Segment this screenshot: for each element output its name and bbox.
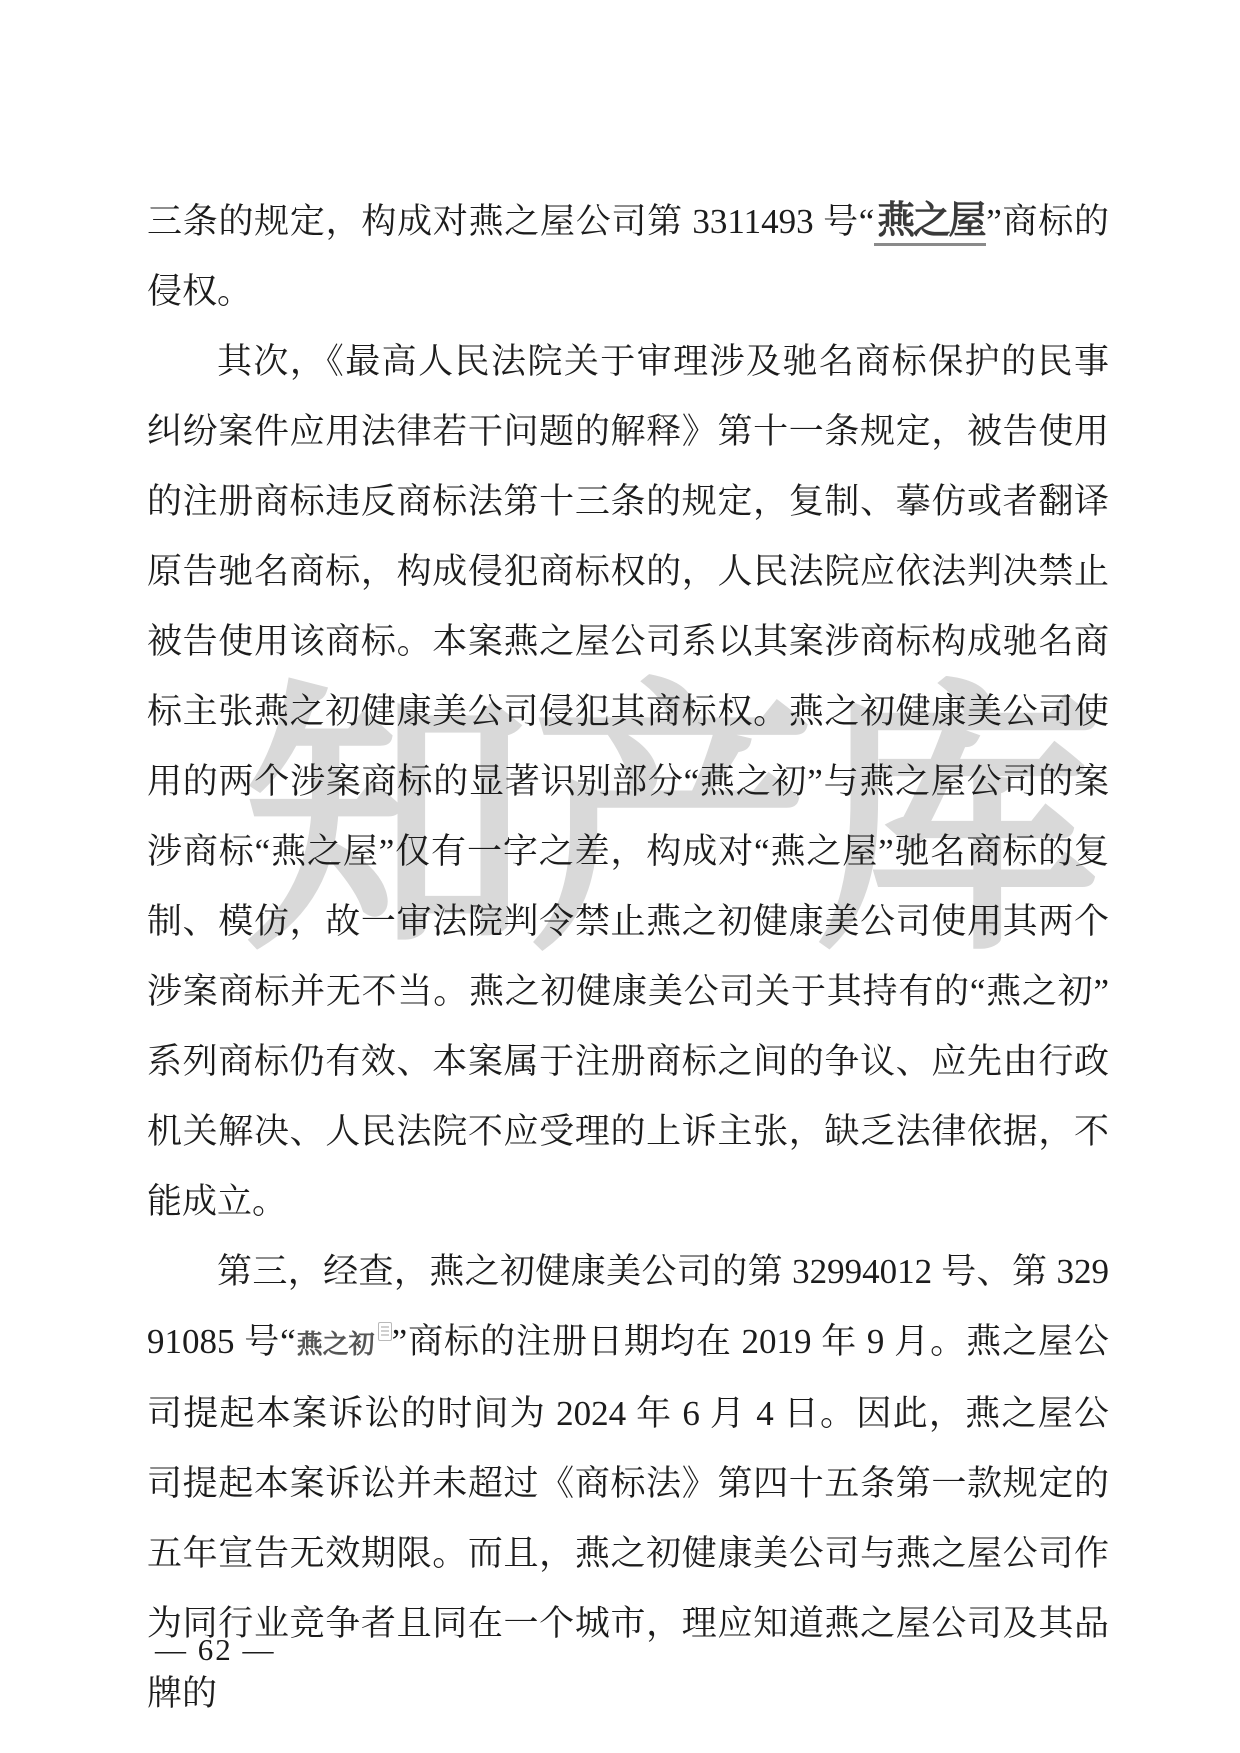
paragraph-five-year-limit-analysis: 第三，经查，燕之初健康美公司的第 32994012 号、第 32991085 号… <box>147 1237 1109 1729</box>
yanzhichu-logo-text: 燕之初 <box>296 1329 375 1359</box>
judgment-body-text: 三条的规定，构成对燕之屋公司第 3311493 号“燕之屋”商标的侵权。 其次，… <box>147 186 1109 1729</box>
paragraph-3-text-after-logo: ”商标的注册日期均在 2019 年 9 月。燕之屋公司提起本案诉讼的时间为 20… <box>147 1322 1109 1713</box>
yanzhichu-seal-mark-icon <box>378 1322 392 1341</box>
page-number: — 62 — <box>155 1632 276 1668</box>
yanzhichu-trademark-logo: 燕之初 <box>296 1322 392 1361</box>
paragraph-2-text: 其次，《最高人民法院关于审理涉及驰名商标保护的民事纠纷案件应用法律若干问题的解释… <box>147 342 1109 1221</box>
judgment-page: 知产库 三条的规定，构成对燕之屋公司第 3311493 号“燕之屋”商标的侵权。… <box>0 0 1240 1753</box>
yanzhiwu-trademark-logo: 燕之屋 <box>874 200 986 246</box>
paragraph-1-text-before-logo: 三条的规定，构成对燕之屋公司第 3311493 号“ <box>147 202 874 241</box>
paragraph-infringement-conclusion: 三条的规定，构成对燕之屋公司第 3311493 号“燕之屋”商标的侵权。 <box>147 186 1109 327</box>
paragraph-famous-trademark-analysis: 其次，《最高人民法院关于审理涉及驰名商标保护的民事纠纷案件应用法律若干问题的解释… <box>147 327 1109 1237</box>
